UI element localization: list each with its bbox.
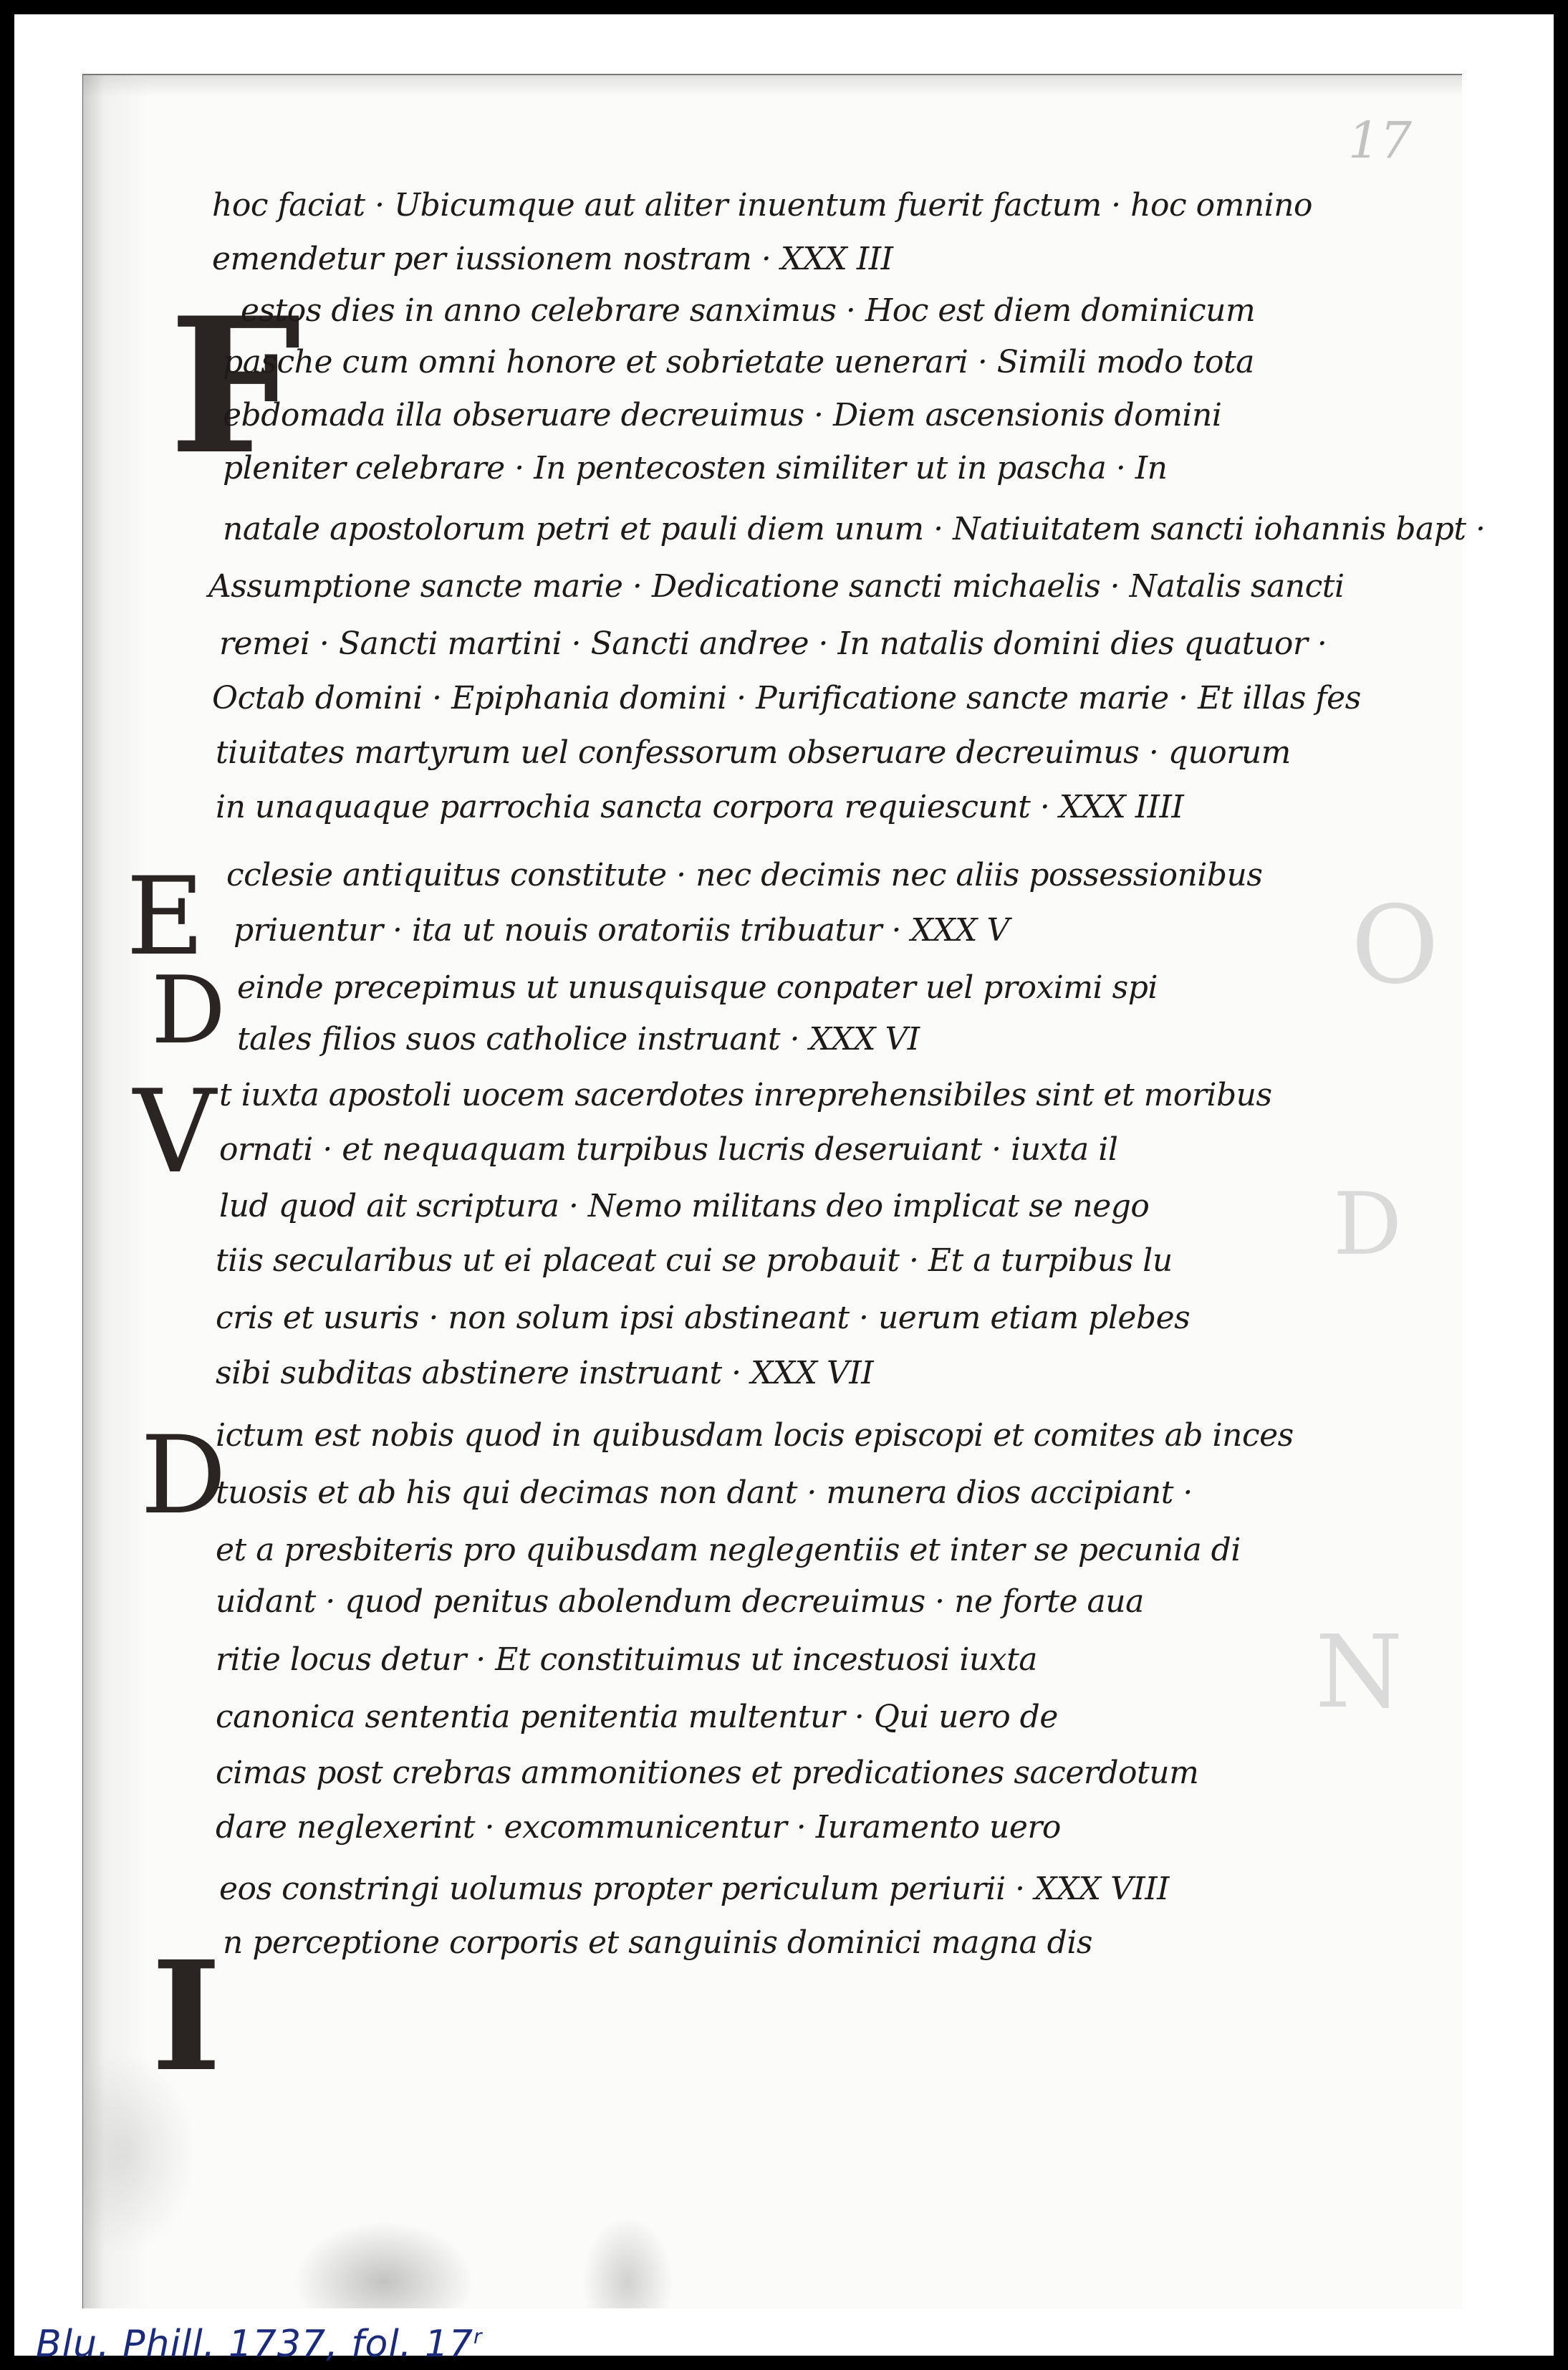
- ghost-letter-o: O: [1351, 892, 1439, 999]
- initial-v: V: [133, 1075, 216, 1189]
- text-line: t iuxta apostoli uocem sacerdotes inrepr…: [219, 1080, 1272, 1111]
- text-line: et a presbiteris pro quibusdam neglegent…: [216, 1535, 1241, 1566]
- text-line: sibi subditas abstinere instruant · XXX …: [216, 1358, 873, 1389]
- text-line: tales filios suos catholice instruant · …: [237, 1024, 920, 1055]
- text-line: ictum est nobis quod in quibusdam locis …: [216, 1420, 1294, 1452]
- text-line: uidant · quod penitus abolendum decreuim…: [216, 1586, 1144, 1618]
- ghost-letter-d: D: [1333, 1182, 1402, 1268]
- text-line: tuosis et ab his qui decimas non dant · …: [216, 1477, 1193, 1509]
- text-line: eos constringi uolumus propter periculum…: [219, 1874, 1169, 1905]
- text-line: pasche cum omni honore et sobrietate uen…: [223, 347, 1254, 378]
- initial-d-2: D: [140, 1422, 226, 1530]
- text-line: natale apostolorum petri et pauli diem u…: [223, 514, 1486, 545]
- text-line: lud quod ait scriptura · Nemo militans d…: [219, 1191, 1149, 1222]
- shelfmark-text: Blu. Phill. 1737, fol. 17: [36, 2323, 473, 2366]
- text-line: ritie locus detur · Et constituimus ut i…: [216, 1644, 1037, 1676]
- text-line: tiuitates martyrum uel confessorum obser…: [216, 737, 1291, 769]
- ghost-letter-n: N: [1315, 1623, 1403, 1723]
- text-line: hoc faciat · Ubicumque aut aliter inuent…: [212, 190, 1312, 221]
- text-line: cimas post crebras ammonitiones et predi…: [216, 1757, 1198, 1789]
- shelfmark-recto: r: [473, 2325, 483, 2349]
- text-line: einde precepimus ut unusquisque conpater…: [237, 972, 1158, 1004]
- text-line: priuentur · ita ut nouis oratoriis tribu…: [234, 915, 1009, 946]
- text-line: tiis secularibus ut ei placeat cui se pr…: [216, 1245, 1173, 1277]
- text-line: remei · Sancti martini · Sancti andree ·…: [219, 628, 1327, 660]
- initial-e: E: [126, 863, 205, 971]
- photo-mount: 17 O D N F E D V D I hoc faciat · Ubicum…: [14, 14, 1554, 2356]
- initial-i: I: [151, 1942, 221, 2092]
- text-line: Assumptione sancte marie · Dedicatione s…: [208, 571, 1345, 603]
- text-line: canonica sententia penitentia multentur …: [216, 1702, 1058, 1733]
- initial-d: D: [151, 964, 226, 1057]
- text-line: pleniter celebrare · In pentecosten simi…: [223, 453, 1168, 484]
- text-line: cris et usuris · non solum ipsi abstinea…: [216, 1302, 1190, 1334]
- shelfmark-annotation: Blu. Phill. 1737, fol. 17r: [36, 2323, 483, 2366]
- text-line: emendetur per iussionem nostram · XXX II…: [212, 244, 893, 275]
- text-line: ebdomada illa obseruare decreuimus · Die…: [223, 400, 1221, 431]
- text-line: in unaquaque parrochia sancta corpora re…: [216, 792, 1183, 823]
- text-line: ornati · et nequaquam turpibus lucris de…: [219, 1134, 1117, 1166]
- folio-number: 17: [1348, 111, 1412, 170]
- text-line: estos dies in anno celebrare sanximus · …: [241, 295, 1255, 327]
- text-line: cclesie antiquitus constitute · nec deci…: [226, 860, 1262, 891]
- text-line: dare neglexerint · excommunicentur · Iur…: [216, 1812, 1061, 1843]
- text-line: n perceptione corporis et sanguinis domi…: [223, 1927, 1092, 1959]
- manuscript-folio: 17 O D N F E D V D I hoc faciat · Ubicum…: [82, 74, 1462, 2308]
- text-line: Octab domini · Epiphania domini · Purifi…: [212, 683, 1361, 714]
